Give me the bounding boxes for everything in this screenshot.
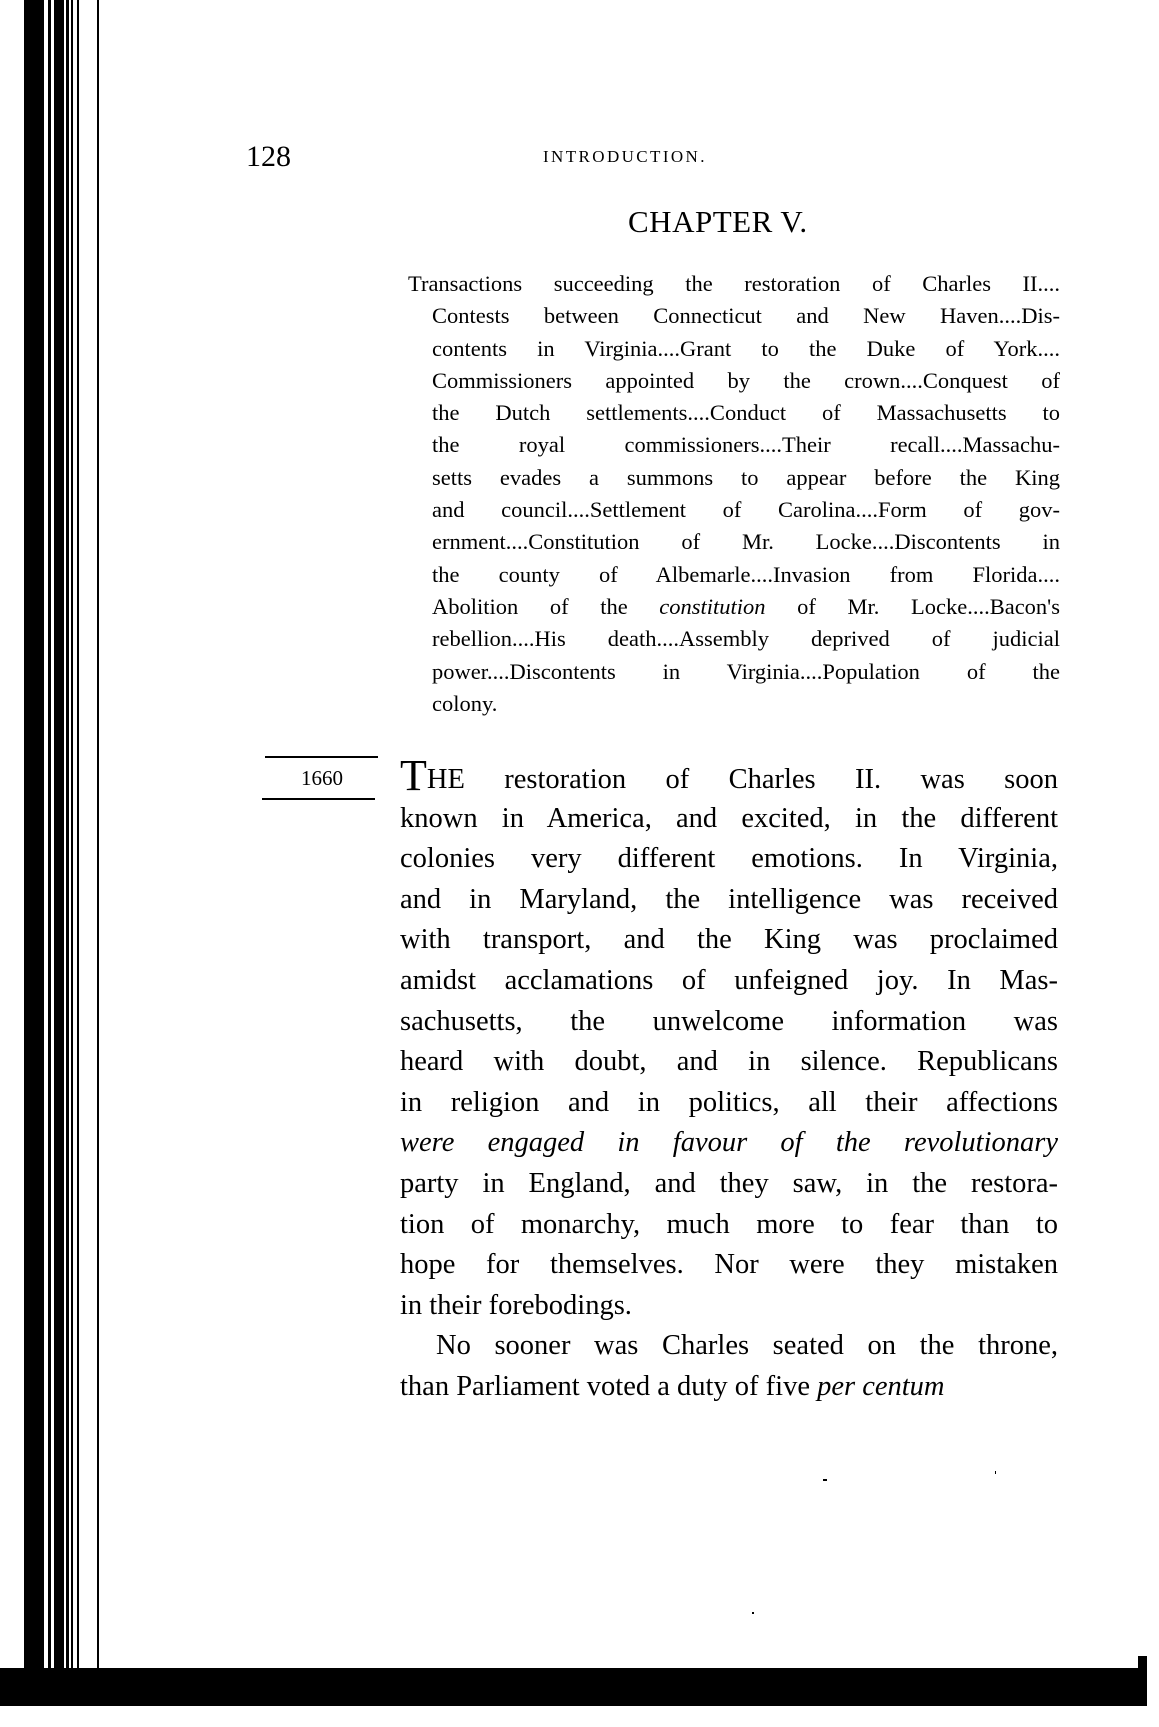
summary-text: Abolition of the	[432, 594, 659, 619]
body-text-italic: per centum	[817, 1371, 944, 1402]
summary-line: the royal commissioners....Their recall.…	[408, 429, 1060, 461]
body-first-line-text: HE restoration of Charles II. was soon	[427, 764, 1058, 795]
summary-line: setts evades a summons to appear before …	[408, 462, 1060, 494]
scan-corner-edge	[1138, 1656, 1147, 1706]
margin-rule-bottom	[262, 798, 375, 800]
summary-line: contents in Virginia....Grant to the Duk…	[408, 333, 1060, 365]
body-line: colonies very different emotions. In Vir…	[400, 839, 1058, 880]
summary-line: and council....Settlement of Carolina...…	[408, 494, 1060, 526]
summary-text: of Mr. Locke....Bacon's	[766, 594, 1060, 619]
scan-speck	[823, 1479, 827, 1481]
scan-bottom-edge	[0, 1668, 1147, 1706]
body-line: amidst acclamations of unfeigned joy. In…	[400, 961, 1058, 1002]
scan-speck	[752, 1612, 754, 1614]
chapter-summary: Transactions succeeding the restoration …	[408, 268, 1060, 720]
body-line: sachusetts, the unwelcome information wa…	[400, 1002, 1058, 1043]
margin-year: 1660	[262, 758, 378, 798]
body-line: tion of monarchy, much more to fear than…	[400, 1205, 1058, 1246]
summary-line: Transactions succeeding the restoration …	[408, 268, 1060, 300]
scan-speck	[995, 1471, 996, 1474]
body-line: known in America, and excited, in the di…	[400, 799, 1058, 840]
body-text: THE restoration of Charles II. was soon …	[400, 758, 1058, 1408]
book-binding-edge	[0, 0, 120, 1705]
body-line: with transport, and the King was proclai…	[400, 920, 1058, 961]
summary-line: Commissioners appointed by the crown....…	[408, 365, 1060, 397]
body-line: than Parliament voted a duty of five per…	[400, 1367, 1058, 1408]
body-text-roman: than Parliament voted a duty of five	[400, 1371, 817, 1402]
body-line: in religion and in politics, all their a…	[400, 1083, 1058, 1124]
body-line: party in England, and they saw, in the r…	[400, 1164, 1058, 1205]
body-line-paragraph-start: No sooner was Charles seated on the thro…	[400, 1326, 1058, 1367]
body-line-italic: were engaged in favour of the revolution…	[400, 1123, 1058, 1164]
page-number: 128	[246, 140, 291, 174]
summary-line: power....Discontents in Virginia....Popu…	[408, 656, 1060, 688]
summary-line: Abolition of the constitution of Mr. Loc…	[408, 591, 1060, 623]
chapter-title: CHAPTER V.	[628, 203, 808, 241]
body-line: heard with doubt, and in silence. Republ…	[400, 1042, 1058, 1083]
summary-italic-text: constitution	[659, 594, 765, 619]
summary-line: rebellion....His death....Assembly depri…	[408, 623, 1060, 655]
body-line: and in Maryland, the intelligence was re…	[400, 880, 1058, 921]
running-head: INTRODUCTION.	[543, 146, 707, 168]
summary-line: the Dutch settlements....Conduct of Mass…	[408, 397, 1060, 429]
summary-line: Contests between Connecticut and New Hav…	[408, 300, 1060, 332]
body-line-first: THE restoration of Charles II. was soon	[400, 758, 1058, 799]
drop-cap: T	[400, 751, 427, 800]
summary-line: ernment....Constitution of Mr. Locke....…	[408, 526, 1060, 558]
margin-year-note: 1660	[262, 756, 378, 800]
body-line: in their forebodings.	[400, 1286, 1058, 1327]
summary-line: colony.	[408, 688, 1060, 720]
body-line: hope for themselves. Nor were they mista…	[400, 1245, 1058, 1286]
summary-line: the county of Albemarle....Invasion from…	[408, 559, 1060, 591]
scanned-book-page: 128 INTRODUCTION. CHAPTER V. Transaction…	[0, 0, 1159, 1727]
